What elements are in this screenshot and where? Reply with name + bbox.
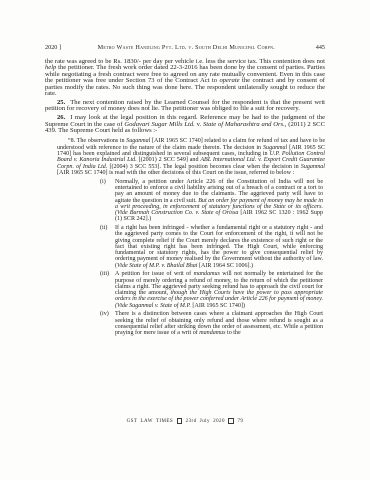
header-case-title: Metro Waste Handling Pvt. Ltd. v. South … <box>61 44 312 51</box>
paragraph-text: the rate was agreed to be Rs. 1830/- per… <box>45 58 325 97</box>
square-bullet-icon <box>228 418 234 424</box>
list-item-label: (iii) <box>100 271 109 277</box>
list-item-text: If a right has been infringed - whether … <box>115 225 323 269</box>
running-header: 2020 ] Metro Waste Handling Pvt. Ltd. v.… <box>45 44 325 51</box>
list-item-text: A petition for issue of writ of mandamus… <box>115 271 323 308</box>
header-year: 2020 ] <box>45 44 61 51</box>
paragraph-26: 26.I may look at the legal position in t… <box>45 115 325 134</box>
list-item-label: (i) <box>100 179 106 185</box>
paragraph-25: 25.The next contention raised by the Lea… <box>45 100 325 113</box>
blockquote-judgment-extract: “8. The observations in Suganmal [AIR 19… <box>57 138 325 176</box>
list-item-label: (ii) <box>100 225 107 231</box>
list-item-label: (iv) <box>100 311 109 317</box>
list-item-text: Normally, a petition under Article 226 o… <box>115 179 323 223</box>
paragraph-text: The next contention raised by the Learne… <box>45 99 325 112</box>
footer-page-number: 79 <box>237 419 243 424</box>
list-item-i: (i) Normally, a petition under Article 2… <box>100 179 323 223</box>
list-item-iii: (iii) A petition for issue of writ of ma… <box>100 271 323 309</box>
page-content: 2020 ] Metro Waste Handling Pvt. Ltd. v.… <box>45 44 325 339</box>
paragraph-continuation: the rate was agreed to be Rs. 1830/- per… <box>45 59 325 97</box>
list-item-iv: (iv) There is a distinction between case… <box>100 311 323 336</box>
paragraph-text: I may look at the legal position in this… <box>45 114 325 134</box>
quote-text: “8. The observations in Suganmal [AIR 19… <box>57 138 325 175</box>
page-footer: GST LAW TIMES23rd July 202079 <box>0 418 370 425</box>
footer-journal-name: GST LAW TIMES <box>127 419 174 424</box>
scanned-law-report-page: 2020 ] Metro Waste Handling Pvt. Ltd. v.… <box>0 0 370 480</box>
footer-date: 23rd July 2020 <box>186 419 225 424</box>
list-item-text: There is a distinction between cases whe… <box>115 311 323 336</box>
list-item-ii: (ii) If a right has been infringed - whe… <box>100 225 323 269</box>
header-page-number: 445 <box>312 44 325 51</box>
square-bullet-icon <box>177 418 183 424</box>
